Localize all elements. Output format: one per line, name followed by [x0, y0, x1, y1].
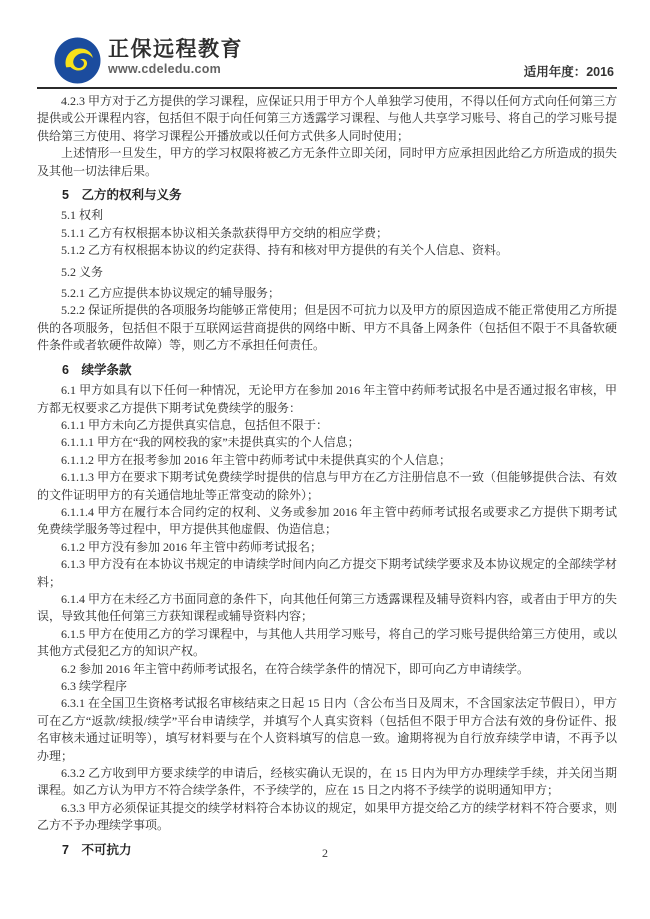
clause-6-3-3: 6.3.3 甲方必须保证其提交的续学材料符合本协议的规定，如果甲方提交给乙方的续… — [37, 800, 617, 835]
section-6-heading: 6 续学条款 — [37, 362, 617, 379]
contract-page: 正保远程教育 www.cdeledu.com 适用年度：2016 4.2.3 甲… — [0, 0, 650, 919]
brand-url: www.cdeledu.com — [108, 63, 243, 76]
clause-6-1-1-2: 6.1.1.2 甲方在报考参加 2016 年主管中药师考试中未提供真实的个人信息… — [37, 452, 617, 469]
clause-5-2-2: 5.2.2 保证所提供的各项服务均能够正常使用；但是因不可抗力以及甲方的原因造成… — [37, 302, 617, 354]
clause-6-1-4: 6.1.4 甲方在未经乙方书面同意的条件下，向其他任何第三方透露课程及辅导资料内… — [37, 591, 617, 626]
brand-block: 正保远程教育 www.cdeledu.com — [108, 39, 243, 76]
clause-6-1-2: 6.1.2 甲方没有参加 2016 年主管中药师考试报名； — [37, 539, 617, 556]
clause-6-1-1-4: 6.1.1.4 甲方在履行本合同约定的权利、义务或参加 2016 年主管中药师考… — [37, 504, 617, 539]
clause-6-3-2: 6.3.2 乙方收到甲方要求续学的申请后，经核实确认无误的，在 15 日内为甲方… — [37, 765, 617, 800]
cdel-logo-icon — [54, 37, 101, 84]
section-5-heading: 5 乙方的权利与义务 — [37, 187, 617, 204]
clause-6-1-1: 6.1.1 甲方未向乙方提供真实信息，包括但不限于： — [37, 417, 617, 434]
clause-6-1-5: 6.1.5 甲方在使用乙方的学习课程中，与其他人共用学习账号，将自己的学习账号提… — [37, 626, 617, 661]
page-header: 正保远程教育 www.cdeledu.com 适用年度：2016 — [37, 0, 617, 89]
clause-4-2-3-note: 上述情形一旦发生，甲方的学习权限将被乙方无条件立即关闭，同时甲方应承担因此给乙方… — [37, 145, 617, 180]
clause-6-3: 6.3 续学程序 — [37, 678, 617, 695]
clause-6-1-1-3: 6.1.1.3 甲方在要求下期考试免费续学时提供的信息与甲方在乙方注册信息不一致… — [37, 469, 617, 504]
brand-name: 正保远程教育 — [108, 39, 243, 60]
contract-body: 4.2.3 甲方对于乙方提供的学习课程，应保证只用于甲方个人单独学习使用，不得以… — [37, 93, 617, 859]
clause-5-1-2: 5.1.2 乙方有权根据本协议的约定获得、持有和核对甲方提供的有关个人信息、资料… — [37, 242, 617, 259]
clause-6-1-1-1: 6.1.1.1 甲方在“我的网校我的家”未提供真实的个人信息； — [37, 434, 617, 451]
clause-6-3-1: 6.3.1 在全国卫生资格考试报名审核结束之日起 15 日内（含公布当日及周末，… — [37, 695, 617, 765]
clause-6-1-3: 6.1.3 甲方没有在本协议书规定的申请续学时间内向乙方提交下期考试续学要求及本… — [37, 556, 617, 591]
clause-5-1: 5.1 权利 — [37, 207, 617, 224]
applicable-year-label: 适用年度：2016 — [524, 62, 614, 80]
clause-4-2-3: 4.2.3 甲方对于乙方提供的学习课程，应保证只用于甲方个人单独学习使用，不得以… — [37, 93, 617, 145]
clause-5-2-1: 5.2.1 乙方应提供本协议规定的辅导服务； — [37, 285, 617, 302]
clause-5-2: 5.2 义务 — [37, 264, 617, 281]
clause-6-1: 6.1 甲方如具有以下任何一种情况，无论甲方在参加 2016 年主管中药师考试报… — [37, 382, 617, 417]
clause-5-1-1: 5.1.1 乙方有权根据本协议相关条款获得甲方交纳的相应学费； — [37, 225, 617, 242]
page-number: 2 — [0, 846, 650, 861]
clause-6-2: 6.2 参加 2016 年主管中药师考试报名，在符合续学条件的情况下，即可向乙方… — [37, 661, 617, 678]
